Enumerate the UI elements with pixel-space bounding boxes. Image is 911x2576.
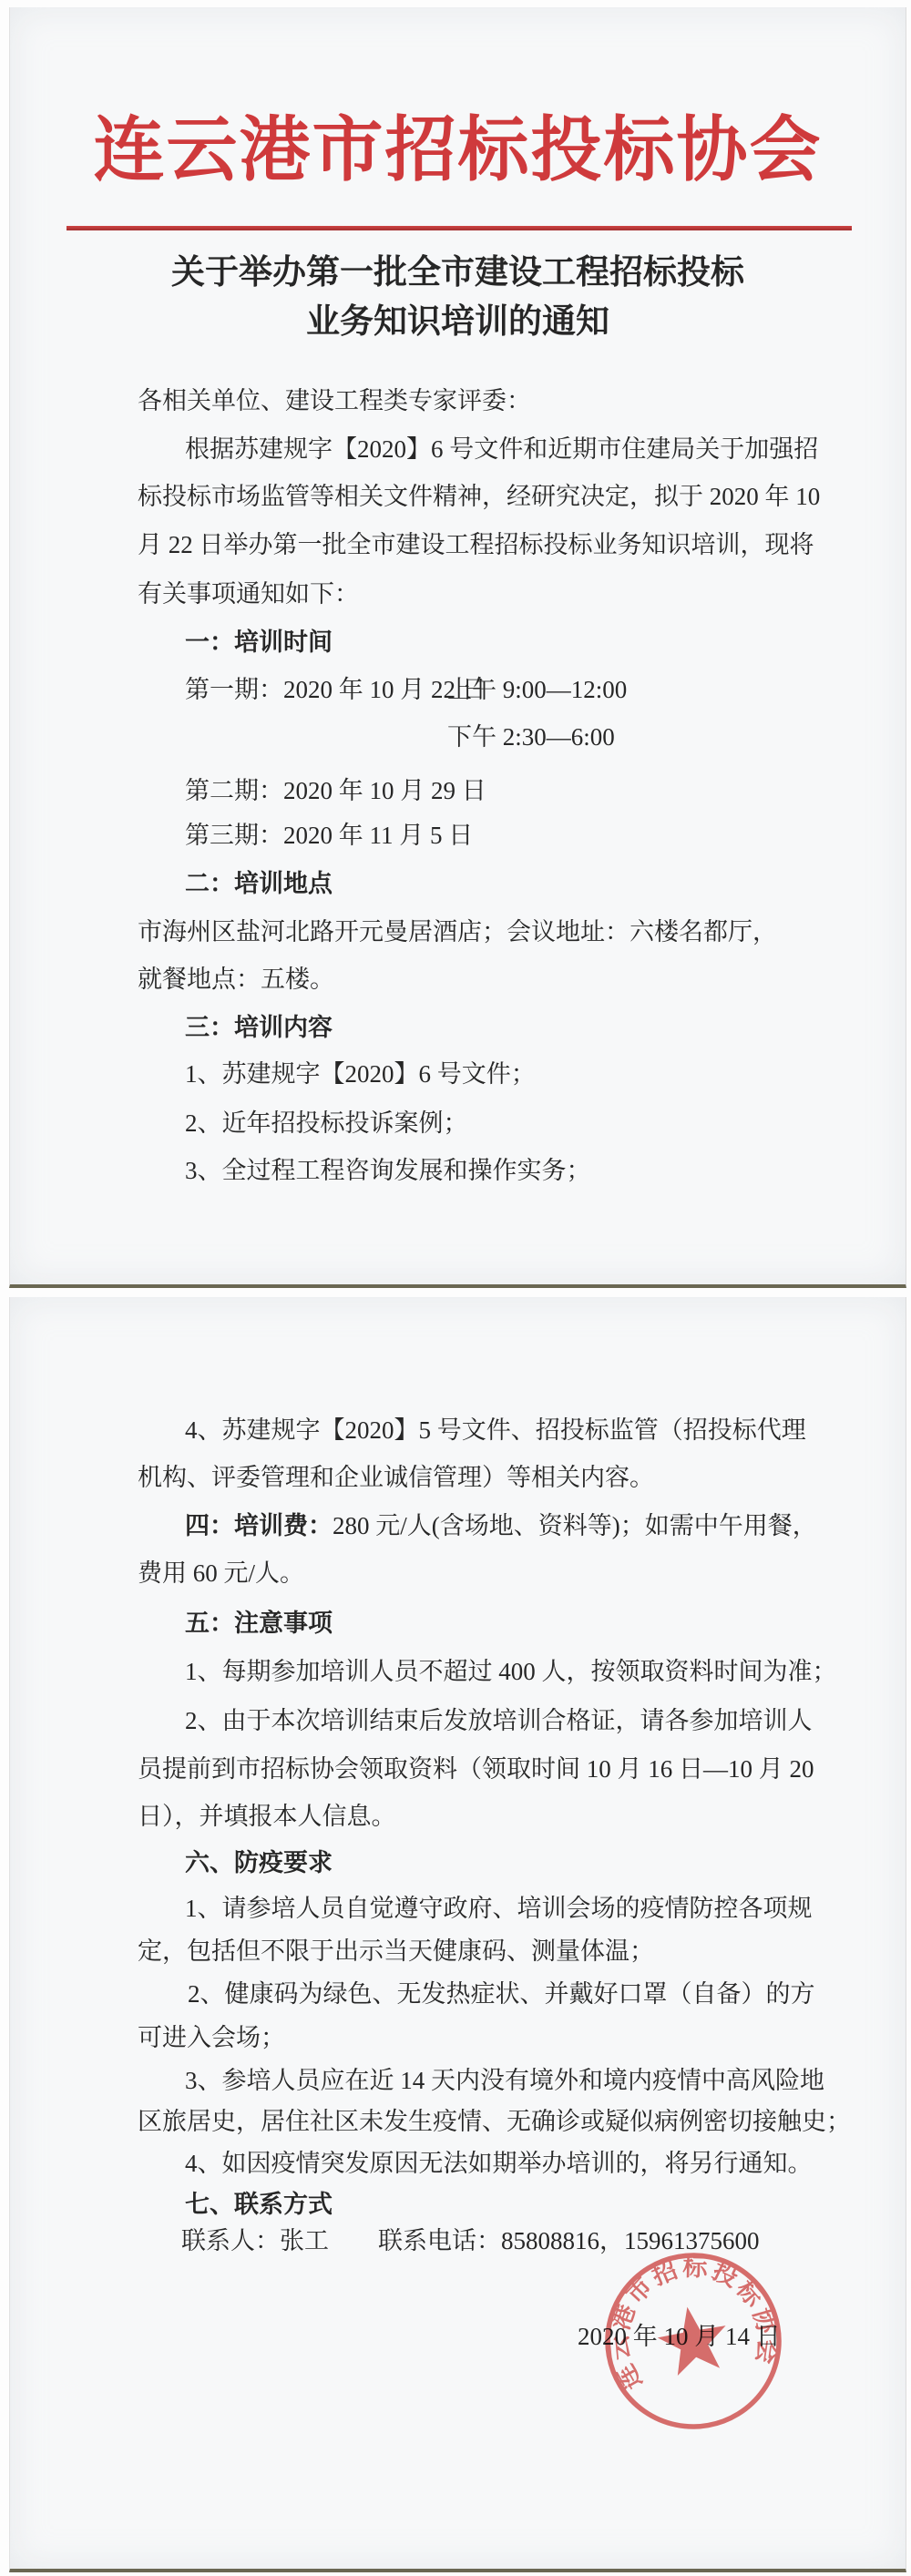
section1-heading: 一：培训时间 <box>185 629 333 657</box>
note-item: 1、每期参加培训人员不超过 400 人，按领取资料时间为准； <box>185 1658 837 1686</box>
section3-heading: 三：培训内容 <box>185 1014 333 1042</box>
association-seal: 连云港市招标投标协会 <box>588 2235 799 2447</box>
intro-line: 根据苏建规字【2020】6 号文件和近期市住建局关于加强招 <box>185 435 818 464</box>
section4-heading: 四：培训费： <box>185 1512 333 1539</box>
covid-item: 3、参培人员应在近 14 天内没有境外和境内疫情中高风险地 <box>185 2067 824 2095</box>
content-item: 2、近年招投标投诉案例； <box>185 1109 468 1138</box>
location-line: 市海州区盐河北路开元曼居酒店；会议地址：六楼名都厅， <box>138 918 777 946</box>
session1-date: 第一期：2020 年 10 月 22 日 <box>185 676 486 704</box>
section7-heading: 七、联系方式 <box>185 2191 333 2219</box>
fee-line2: 费用 60 元/人。 <box>138 1559 304 1588</box>
notice-page-1: 连云港市招标投标协会 关于举办第一批全市建设工程招标投标 业务知识培训的通知 各… <box>9 7 906 1288</box>
note-item: 员提前到市招标协会领取资料（领取时间 10 月 16 日—10 月 20 <box>138 1755 814 1784</box>
notice-title-line2: 业务知识培训的通知 <box>10 304 906 342</box>
notice-title-line1: 关于举办第一批全市建设工程招标投标 <box>10 255 906 292</box>
note-item: 2、由于本次培训结束后发放培训合格证，请各参加培训人 <box>185 1707 813 1735</box>
scanned-notice-document: 连云港市招标投标协会 关于举办第一批全市建设工程招标投标 业务知识培训的通知 各… <box>0 0 911 2576</box>
covid-item: 可进入会场； <box>138 2024 285 2052</box>
covid-item: 2、健康码为绿色、无发热症状、并戴好口罩（自备）的方 <box>188 1980 815 2009</box>
session3-date: 第三期：2020 年 11 月 5 日 <box>185 822 473 850</box>
covid-item: 区旅居史，居住社区未发生疫情、无确诊或疑似病例密切接触史； <box>138 2108 851 2136</box>
section6-heading: 六、防疫要求 <box>185 1849 333 1877</box>
session2-date: 第二期：2020 年 10 月 29 日 <box>185 777 486 805</box>
intro-line: 标投标市场监管等相关文件精神，经研究决定，拟于 2020 年 10 <box>138 483 820 511</box>
covid-item: 4、如因疫情突发原因无法如期举办培训的，将另行通知。 <box>185 2150 813 2178</box>
session1-afternoon-time: 下午 2:30—6:00 <box>447 723 615 751</box>
salutation-line: 各相关单位、建设工程类专家评委： <box>138 387 531 415</box>
location-line: 就餐地点：五楼。 <box>138 966 334 994</box>
section2-heading: 二：培训地点 <box>185 870 333 898</box>
covid-item: 1、请参培人员自觉遵守政府、培训会场的疫情防控各项规 <box>185 1895 813 1923</box>
org-letterhead: 连云港市招标投标协会 <box>10 115 906 186</box>
notice-page-2: 4、苏建规字【2020】5 号文件、招投标监管（招投标代理 机构、评委管理和企业… <box>9 1297 906 2572</box>
fee-text: 280 元/人(含场地、资料等)；如需中午用餐， <box>333 1512 817 1539</box>
covid-item: 定，包括但不限于出示当天健康码、测量体温； <box>138 1937 654 1966</box>
content-item: 4、苏建规字【2020】5 号文件、招投标监管（招投标代理 <box>185 1416 806 1445</box>
content-item: 3、全过程工程咨询发展和操作实务； <box>185 1157 591 1185</box>
note-item: 日），并填报本人信息。 <box>138 1803 396 1831</box>
letterhead-rule <box>67 226 852 230</box>
fee-line: 四：培训费：280 元/人(含场地、资料等)；如需中午用餐， <box>185 1512 817 1540</box>
section5-heading: 五：注意事项 <box>185 1610 333 1638</box>
session1-morning-time: 上午 9:00—12:00 <box>447 676 627 704</box>
content-item: 1、苏建规字【2020】6 号文件； <box>185 1060 536 1089</box>
content-item: 机构、评委管理和企业诚信管理）等相关内容。 <box>138 1464 654 1492</box>
intro-line: 月 22 日举办第一批全市建设工程招标投标业务知识培训，现将 <box>138 531 814 559</box>
seal-star-icon <box>653 2301 732 2377</box>
intro-line: 有关事项通知如下： <box>138 580 359 608</box>
